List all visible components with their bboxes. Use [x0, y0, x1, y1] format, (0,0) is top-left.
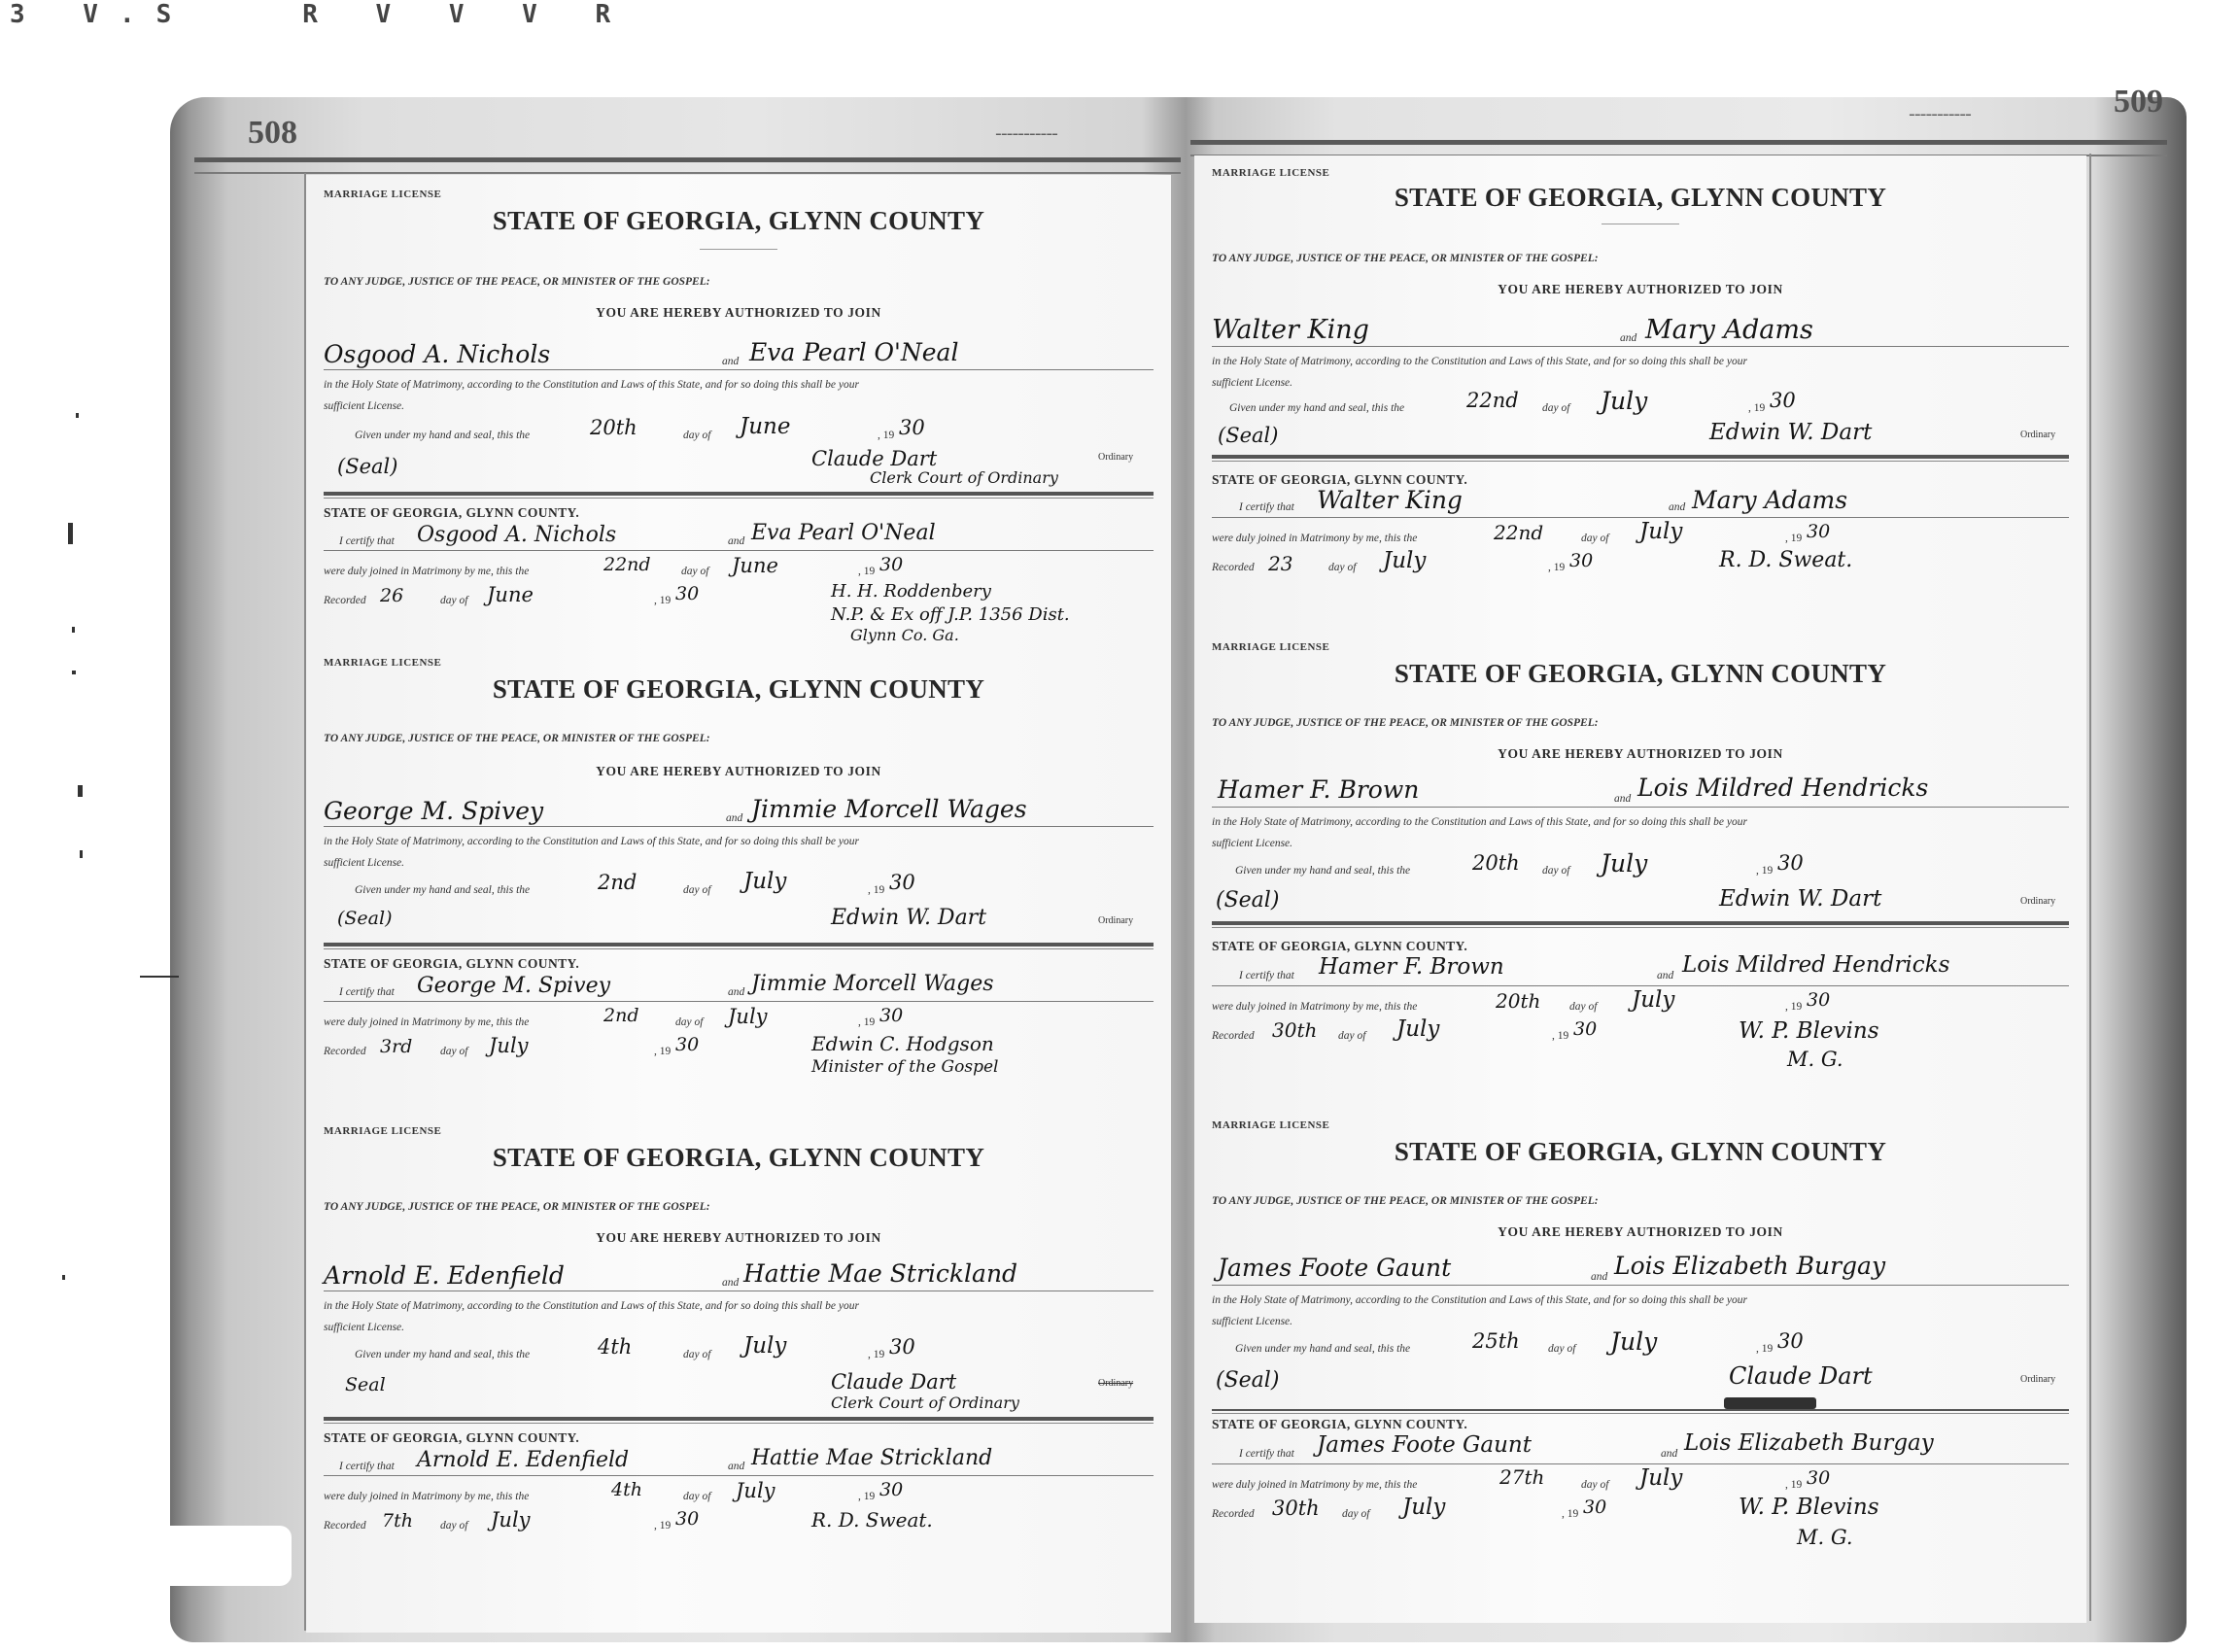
recorded-line: Recorded 23 day of July , 19 30 — [1212, 554, 2069, 577]
year-prefix: , 19 — [868, 884, 884, 896]
names-line: James Foote Gaunt and Lois Elizabeth Bur… — [1212, 1263, 2069, 1286]
day-of-label: day of — [683, 430, 710, 441]
names-line: Osgood A. Nichols and Eva Pearl O'Neal — [324, 348, 1154, 370]
ordinary-label: Ordinary — [2020, 1374, 2055, 1385]
short-rule — [700, 249, 777, 250]
bride-name: Eva Pearl O'Neal — [749, 338, 958, 366]
officiant-line: N.P. & Ex off J.P. 1356 Dist. — [831, 604, 1070, 625]
recorded-line: Recorded 30th day of July , 19 30 — [1212, 1022, 2069, 1046]
bride-name: Lois Mildred Hendricks — [1637, 774, 1928, 802]
and-label: and — [728, 535, 744, 547]
license-text: sufficient License. — [324, 1322, 404, 1333]
certify-line: I certify that Osgood A. Nichols and Eva… — [324, 527, 1154, 551]
left-page: 508 ━━━━━━━━━━━ MARRIAGE LICENSE STATE O… — [170, 97, 1181, 1642]
record-title: STATE OF GEORGIA, GLYNN COUNTY — [306, 674, 1171, 705]
joined-label: were duly joined in Matrimony by me, thi… — [1212, 1479, 1417, 1491]
section-rule — [1212, 921, 2069, 928]
joined-year: 30 — [879, 554, 903, 575]
register-book-spread: 508 ━━━━━━━━━━━ MARRIAGE LICENSE STATE O… — [170, 97, 2187, 1642]
bride-name: Jimmie Morcell Wages — [751, 795, 1027, 823]
day-of-label: day of — [440, 1520, 467, 1532]
ordinary-signature-title: Clerk Court of Ordinary — [870, 468, 1058, 487]
given-year: 30 — [889, 1335, 915, 1359]
joined-year: 30 — [879, 1479, 903, 1500]
scan-speck — [72, 627, 75, 633]
certificate-bride: Jimmie Morcell Wages — [751, 972, 994, 996]
scan-speck — [140, 976, 179, 978]
certificate-groom: Walter King — [1317, 486, 1463, 514]
scan-speck — [68, 523, 73, 544]
given-year: 30 — [889, 871, 915, 894]
section-rule — [324, 492, 1154, 499]
and-label: and — [1661, 1448, 1677, 1460]
recorded-year: 30 — [1583, 1497, 1606, 1518]
year-prefix: , 19 — [654, 1520, 671, 1532]
left-sheet: MARRIAGE LICENSE STATE OF GEORGIA, GLYNN… — [306, 175, 1171, 1633]
day-of-label: day of — [440, 1046, 467, 1057]
marriage-record: MARRIAGE LICENSE STATE OF GEORGIA, GLYNN… — [1194, 636, 2086, 1112]
record-heading: MARRIAGE LICENSE — [1212, 641, 1329, 653]
given-month: July — [1601, 387, 1647, 415]
year-prefix: , 19 — [878, 430, 894, 441]
marriage-record: MARRIAGE LICENSE STATE OF GEORGIA, GLYNN… — [1194, 1114, 2086, 1619]
ordinary-signature-title: Clerk Court of Ordinary — [831, 1394, 1019, 1412]
ordinary-label: Ordinary — [2020, 896, 2055, 907]
page-number: 509 — [2114, 84, 2163, 120]
certify-line: I certify that Arnold E. Edenfield and H… — [324, 1452, 1154, 1476]
authorized-line: YOU ARE HEREBY AUTHORIZED TO JOIN — [1194, 1224, 2086, 1240]
record-heading: MARRIAGE LICENSE — [324, 1125, 441, 1137]
seal-mark: (Seal) — [337, 908, 393, 929]
recorded-label: Recorded — [324, 1046, 366, 1057]
joined-month: July — [1639, 1465, 1682, 1491]
day-of-label: day of — [683, 1491, 710, 1502]
ordinary-signature: Claude Dart — [831, 1370, 956, 1394]
recorded-year: 30 — [675, 1508, 699, 1530]
names-line: Arnold E. Edenfield and Hattie Mae Stric… — [324, 1269, 1154, 1291]
joined-line: were duly joined in Matrimony by me, thi… — [324, 1483, 1154, 1506]
day-of-label: day of — [1342, 1508, 1369, 1520]
joined-month: July — [1632, 987, 1674, 1013]
and-label: and — [1591, 1271, 1607, 1283]
and-label: and — [728, 1461, 744, 1472]
license-text: sufficient License. — [1212, 377, 1292, 389]
certify-label: I certify that — [1239, 501, 1294, 513]
joined-day: 27th — [1499, 1465, 1544, 1489]
address-line: TO ANY JUDGE, JUSTICE OF THE PEACE, OR M… — [324, 733, 710, 744]
given-month: June — [740, 414, 790, 439]
joined-label: were duly joined in Matrimony by me, thi… — [324, 1491, 529, 1502]
bride-name: Lois Elizabeth Burgay — [1614, 1252, 1885, 1280]
day-of-label: day of — [1581, 533, 1608, 544]
scan-speck — [78, 785, 83, 797]
marriage-record: MARRIAGE LICENSE STATE OF GEORGIA, GLYNN… — [306, 175, 1171, 646]
given-month: July — [743, 1333, 786, 1359]
joined-day: 22nd — [1494, 521, 1543, 544]
day-of-label: day of — [1328, 562, 1356, 573]
certify-label: I certify that — [339, 986, 395, 998]
ordinary-signature: Claude Dart — [811, 447, 937, 470]
matrimony-text: in the Holy State of Matrimony, accordin… — [1212, 1294, 1747, 1306]
given-day: 4th — [598, 1335, 632, 1359]
seal-mark: (Seal) — [1216, 888, 1279, 912]
record-heading: MARRIAGE LICENSE — [324, 189, 441, 200]
year-prefix: , 19 — [858, 566, 875, 577]
certificate-bride: Eva Pearl O'Neal — [751, 521, 936, 545]
ordinary-label: Ordinary — [1098, 915, 1133, 926]
and-label: and — [1614, 793, 1631, 805]
certify-label: I certify that — [339, 1461, 395, 1472]
recorded-day: 26 — [380, 585, 403, 606]
section-rule — [324, 943, 1154, 949]
marriage-record: MARRIAGE LICENSE STATE OF GEORGIA, GLYNN… — [306, 1119, 1171, 1625]
certificate-groom: Osgood A. Nichols — [417, 523, 616, 547]
recorded-day: 30th — [1272, 1497, 1320, 1520]
certificate-groom: George M. Spivey — [417, 974, 610, 998]
address-line: TO ANY JUDGE, JUSTICE OF THE PEACE, OR M… — [324, 1201, 710, 1213]
certificate-heading: STATE OF GEORGIA, GLYNN COUNTY. — [324, 505, 579, 521]
officiant-line: M. G. — [1797, 1526, 1853, 1549]
given-label: Given under my hand and seal, this the — [1229, 402, 1404, 414]
address-line: TO ANY JUDGE, JUSTICE OF THE PEACE, OR M… — [1212, 717, 1599, 729]
ordinary-label: Ordinary — [1098, 452, 1133, 463]
year-prefix: , 19 — [858, 1491, 875, 1502]
recorded-month: July — [1396, 1016, 1439, 1042]
joined-day: 2nd — [603, 1005, 639, 1026]
officiant-line: W. P. Blevins — [1739, 1018, 1879, 1044]
year-prefix: , 19 — [654, 1046, 671, 1057]
right-page: 509 ━━━━━━━━━━━ MARRIAGE LICENSE STATE O… — [1190, 97, 2187, 1642]
given-month: July — [1610, 1327, 1657, 1356]
right-sheet: MARRIAGE LICENSE STATE OF GEORGIA, GLYNN… — [1194, 155, 2086, 1623]
given-line: Given under my hand and seal, this the 2… — [324, 877, 1154, 902]
joined-year: 30 — [1807, 989, 1830, 1011]
and-label: and — [722, 356, 739, 367]
seal-mark: (Seal) — [1216, 1368, 1279, 1393]
groom-name: Osgood A. Nichols — [324, 340, 550, 368]
recorded-label: Recorded — [324, 1520, 366, 1532]
ordinary-label: Ordinary — [2020, 430, 2055, 440]
joined-line: were duly joined in Matrimony by me, thi… — [324, 558, 1154, 581]
record-heading: MARRIAGE LICENSE — [1212, 167, 1329, 179]
year-prefix: , 19 — [1785, 1479, 1802, 1491]
license-text: sufficient License. — [324, 400, 404, 412]
recorded-year: 30 — [675, 1034, 699, 1055]
address-line: TO ANY JUDGE, JUSTICE OF THE PEACE, OR M… — [1212, 253, 1599, 264]
recorded-label: Recorded — [1212, 562, 1255, 573]
given-year: 30 — [1777, 851, 1804, 875]
officiant-line: W. P. Blevins — [1739, 1495, 1879, 1520]
license-text: sufficient License. — [1212, 838, 1292, 849]
recorded-day: 3rd — [380, 1036, 412, 1057]
certificate-groom: James Foote Gaunt — [1317, 1432, 1532, 1458]
scan-blank-patch — [146, 1526, 292, 1586]
record-heading: MARRIAGE LICENSE — [324, 657, 441, 669]
and-label: and — [1620, 332, 1636, 344]
matrimony-text: in the Holy State of Matrimony, accordin… — [324, 379, 859, 391]
and-label: and — [1669, 501, 1685, 513]
given-label: Given under my hand and seal, this the — [1235, 1343, 1410, 1355]
section-rule — [1212, 1409, 2069, 1414]
address-line: TO ANY JUDGE, JUSTICE OF THE PEACE, OR M… — [324, 276, 710, 288]
year-prefix: , 19 — [1785, 1001, 1802, 1013]
certify-line: I certify that Hamer F. Brown and Lois M… — [1212, 960, 2069, 986]
given-line: Given under my hand and seal, this the 2… — [1212, 1335, 2069, 1360]
joined-month: July — [728, 1005, 768, 1028]
authorized-line: YOU ARE HEREBY AUTHORIZED TO JOIN — [1194, 746, 2086, 762]
year-prefix: , 19 — [1552, 1030, 1568, 1042]
joined-day: 22nd — [603, 554, 651, 575]
scan-speck — [76, 413, 79, 418]
authorized-line: YOU ARE HEREBY AUTHORIZED TO JOIN — [1194, 282, 2086, 297]
certify-line: I certify that George M. Spivey and Jimm… — [324, 978, 1154, 1002]
year-prefix: , 19 — [654, 595, 671, 606]
and-label: and — [728, 986, 744, 998]
certificate-bride: Lois Elizabeth Burgay — [1684, 1430, 1934, 1456]
groom-name: George M. Spivey — [324, 797, 543, 825]
page-number: 508 — [248, 115, 297, 152]
and-label: and — [726, 812, 742, 824]
bride-name: Mary Adams — [1645, 315, 1813, 345]
certify-line: I certify that James Foote Gaunt and Loi… — [1212, 1438, 2069, 1464]
recorded-year: 30 — [1573, 1018, 1597, 1040]
ordinary-signature: Edwin W. Dart — [1709, 420, 1872, 445]
day-of-label: day of — [1542, 402, 1569, 414]
joined-day: 4th — [611, 1479, 642, 1500]
scanner-top-marks: 3 V.S R V V V R — [10, 0, 632, 29]
joined-line: were duly joined in Matrimony by me, thi… — [1212, 1471, 2069, 1495]
joined-label: were duly joined in Matrimony by me, thi… — [1212, 1001, 1417, 1013]
day-of-label: day of — [675, 1016, 703, 1028]
given-month: July — [1601, 849, 1647, 878]
given-line: Given under my hand and seal, this the 2… — [324, 422, 1154, 447]
given-label: Given under my hand and seal, this the — [355, 430, 530, 441]
authorized-line: YOU ARE HEREBY AUTHORIZED TO JOIN — [306, 305, 1171, 321]
section-rule — [324, 1417, 1154, 1424]
given-day: 2nd — [598, 871, 637, 894]
stamp-obscured — [1724, 1397, 1816, 1409]
certificate-groom: Hamer F. Brown — [1319, 954, 1504, 980]
joined-month: July — [736, 1479, 775, 1502]
joined-line: were duly joined in Matrimony by me, thi… — [1212, 525, 2069, 548]
recorded-month: July — [1383, 548, 1426, 573]
given-line: Given under my hand and seal, this the 2… — [1212, 395, 2069, 420]
ordinary-signature: Edwin W. Dart — [1719, 886, 1881, 912]
certificate-heading: STATE OF GEORGIA, GLYNN COUNTY. — [324, 1430, 579, 1446]
names-line: George M. Spivey and Jimmie Morcell Wage… — [324, 805, 1154, 827]
matrimony-text: in the Holy State of Matrimony, accordin… — [324, 836, 859, 847]
authorized-line: YOU ARE HEREBY AUTHORIZED TO JOIN — [306, 764, 1171, 779]
joined-year: 30 — [879, 1005, 903, 1026]
record-title: STATE OF GEORGIA, GLYNN COUNTY — [306, 1143, 1171, 1173]
groom-name: James Foote Gaunt — [1218, 1254, 1451, 1282]
certificate-bride: Hattie Mae Strickland — [751, 1446, 992, 1470]
certificate-groom: Arnold E. Edenfield — [417, 1448, 629, 1472]
ordinary-signature: Claude Dart — [1729, 1362, 1873, 1390]
printer-mark: ━━━━━━━━━━━ — [996, 130, 1058, 139]
matrimony-text: in the Holy State of Matrimony, accordin… — [1212, 816, 1747, 828]
header-rule — [1190, 140, 2167, 156]
day-of-label: day of — [1542, 865, 1569, 877]
margin-line — [2089, 154, 2091, 1621]
short-rule — [1602, 224, 1679, 224]
day-of-label: day of — [1581, 1479, 1608, 1491]
officiant-line: R. D. Sweat. — [811, 1508, 933, 1532]
officiant-line: Minister of the Gospel — [811, 1057, 998, 1077]
seal-mark: (Seal) — [337, 455, 397, 478]
year-prefix: , 19 — [1756, 1343, 1773, 1355]
day-of-label: day of — [681, 566, 708, 577]
certify-label: I certify that — [1239, 1448, 1294, 1460]
scan-speck — [80, 850, 83, 858]
matrimony-text: in the Holy State of Matrimony, accordin… — [1212, 356, 1747, 367]
license-text: sufficient License. — [1212, 1316, 1292, 1327]
recorded-month: July — [489, 1034, 529, 1057]
recorded-month: July — [491, 1508, 531, 1532]
header-rule — [194, 157, 1181, 174]
recorded-label: Recorded — [1212, 1508, 1255, 1520]
joined-month: June — [732, 554, 778, 577]
scan-speck — [72, 671, 76, 674]
officiant-line: M. G. — [1787, 1048, 1843, 1071]
given-label: Given under my hand and seal, this the — [355, 1349, 530, 1360]
given-line: Given under my hand and seal, this the 4… — [324, 1341, 1154, 1366]
groom-name: Hamer F. Brown — [1218, 775, 1419, 804]
printer-mark: ━━━━━━━━━━━ — [1910, 111, 1972, 120]
marriage-record: MARRIAGE LICENSE STATE OF GEORGIA, GLYNN… — [1194, 155, 2086, 622]
and-label: and — [1657, 970, 1673, 981]
ordinary-signature: Edwin W. Dart — [831, 906, 986, 930]
record-title: STATE OF GEORGIA, GLYNN COUNTY — [1194, 183, 2086, 213]
joined-line: were duly joined in Matrimony by me, thi… — [1212, 993, 2069, 1016]
marriage-record: MARRIAGE LICENSE STATE OF GEORGIA, GLYNN… — [306, 647, 1171, 1119]
joined-month: July — [1639, 519, 1682, 544]
certify-label: I certify that — [1239, 970, 1294, 981]
day-of-label: day of — [683, 884, 710, 896]
given-year: 30 — [899, 416, 925, 439]
recorded-day: 30th — [1272, 1018, 1317, 1042]
names-line: Walter King and Mary Adams — [1212, 325, 2069, 347]
ordinary-label: Ordinary — [1098, 1378, 1133, 1389]
recorded-month: June — [487, 583, 534, 606]
joined-year: 30 — [1807, 521, 1830, 542]
year-prefix: , 19 — [1785, 533, 1802, 544]
certificate-bride: Lois Mildred Hendricks — [1682, 952, 1949, 978]
joined-label: were duly joined in Matrimony by me, thi… — [324, 566, 529, 577]
day-of-label: day of — [1338, 1030, 1365, 1042]
officiant-line: Edwin C. Hodgson — [811, 1032, 994, 1055]
day-of-label: day of — [1569, 1001, 1597, 1013]
groom-name: Walter King — [1212, 315, 1369, 345]
given-day: 20th — [590, 416, 637, 439]
given-year: 30 — [1770, 389, 1796, 412]
officiant-line: R. D. Sweat. — [1719, 548, 1852, 572]
joined-line: were duly joined in Matrimony by me, thi… — [324, 1009, 1154, 1032]
year-prefix: , 19 — [1756, 865, 1773, 877]
certify-label: I certify that — [339, 535, 395, 547]
recorded-day: 7th — [382, 1510, 413, 1532]
recorded-line: Recorded 3rd day of July , 19 30 — [324, 1038, 1154, 1061]
day-of-label: day of — [683, 1349, 710, 1360]
address-line: TO ANY JUDGE, JUSTICE OF THE PEACE, OR M… — [1212, 1195, 1599, 1207]
license-text: sufficient License. — [324, 857, 404, 869]
record-title: STATE OF GEORGIA, GLYNN COUNTY — [1194, 1137, 2086, 1167]
given-day: 22nd — [1466, 389, 1519, 412]
officiant-line: H. H. Roddenbery — [831, 581, 991, 602]
joined-day: 20th — [1496, 989, 1540, 1013]
certificate-bride: Mary Adams — [1692, 486, 1847, 514]
officiant-line: Glynn Co. Ga. — [850, 626, 959, 644]
recorded-day: 23 — [1268, 552, 1292, 575]
certificate-heading: STATE OF GEORGIA, GLYNN COUNTY. — [1212, 1417, 1467, 1432]
given-month: July — [743, 869, 786, 894]
recorded-year: 30 — [1569, 550, 1593, 571]
and-label: and — [722, 1277, 739, 1289]
record-title: STATE OF GEORGIA, GLYNN COUNTY — [1194, 659, 2086, 689]
day-of-label: day of — [440, 595, 467, 606]
given-label: Given under my hand and seal, this the — [355, 884, 530, 896]
year-prefix: , 19 — [1562, 1508, 1578, 1520]
given-day: 25th — [1472, 1329, 1520, 1353]
authorized-line: YOU ARE HEREBY AUTHORIZED TO JOIN — [306, 1230, 1171, 1246]
record-heading: MARRIAGE LICENSE — [1212, 1119, 1329, 1131]
recorded-line: Recorded 30th day of July , 19 30 — [1212, 1500, 2069, 1524]
given-day: 20th — [1472, 851, 1520, 875]
matrimony-text: in the Holy State of Matrimony, accordin… — [324, 1300, 859, 1312]
given-label: Given under my hand and seal, this the — [1235, 865, 1410, 877]
certificate-heading: STATE OF GEORGIA, GLYNN COUNTY. — [324, 956, 579, 972]
year-prefix: , 19 — [858, 1016, 875, 1028]
section-rule — [1212, 455, 2069, 462]
recorded-label: Recorded — [324, 595, 366, 606]
joined-year: 30 — [1807, 1467, 1830, 1489]
joined-label: were duly joined in Matrimony by me, thi… — [324, 1016, 529, 1028]
seal-mark: (Seal) — [1218, 424, 1278, 447]
groom-name: Arnold E. Edenfield — [324, 1261, 565, 1290]
year-prefix: , 19 — [1548, 562, 1565, 573]
scan-speck — [62, 1275, 65, 1280]
recorded-label: Recorded — [1212, 1030, 1255, 1042]
given-year: 30 — [1777, 1329, 1804, 1353]
given-line: Given under my hand and seal, this the 2… — [1212, 857, 2069, 882]
certify-line: I certify that Walter King and Mary Adam… — [1212, 492, 2069, 518]
names-line: Hamer F. Brown and Lois Mildred Hendrick… — [1212, 785, 2069, 808]
year-prefix: , 19 — [1748, 402, 1765, 414]
record-title: STATE OF GEORGIA, GLYNN COUNTY — [306, 206, 1171, 236]
recorded-month: July — [1402, 1495, 1445, 1520]
recorded-line: Recorded 7th day of July , 19 30 — [324, 1512, 1154, 1535]
day-of-label: day of — [1548, 1343, 1575, 1355]
recorded-year: 30 — [675, 583, 699, 604]
certificate-heading: STATE OF GEORGIA, GLYNN COUNTY. — [1212, 939, 1467, 954]
seal-mark: Seal — [345, 1374, 386, 1395]
year-prefix: , 19 — [868, 1349, 884, 1360]
bride-name: Hattie Mae Strickland — [743, 1259, 1017, 1288]
joined-label: were duly joined in Matrimony by me, thi… — [1212, 533, 1417, 544]
